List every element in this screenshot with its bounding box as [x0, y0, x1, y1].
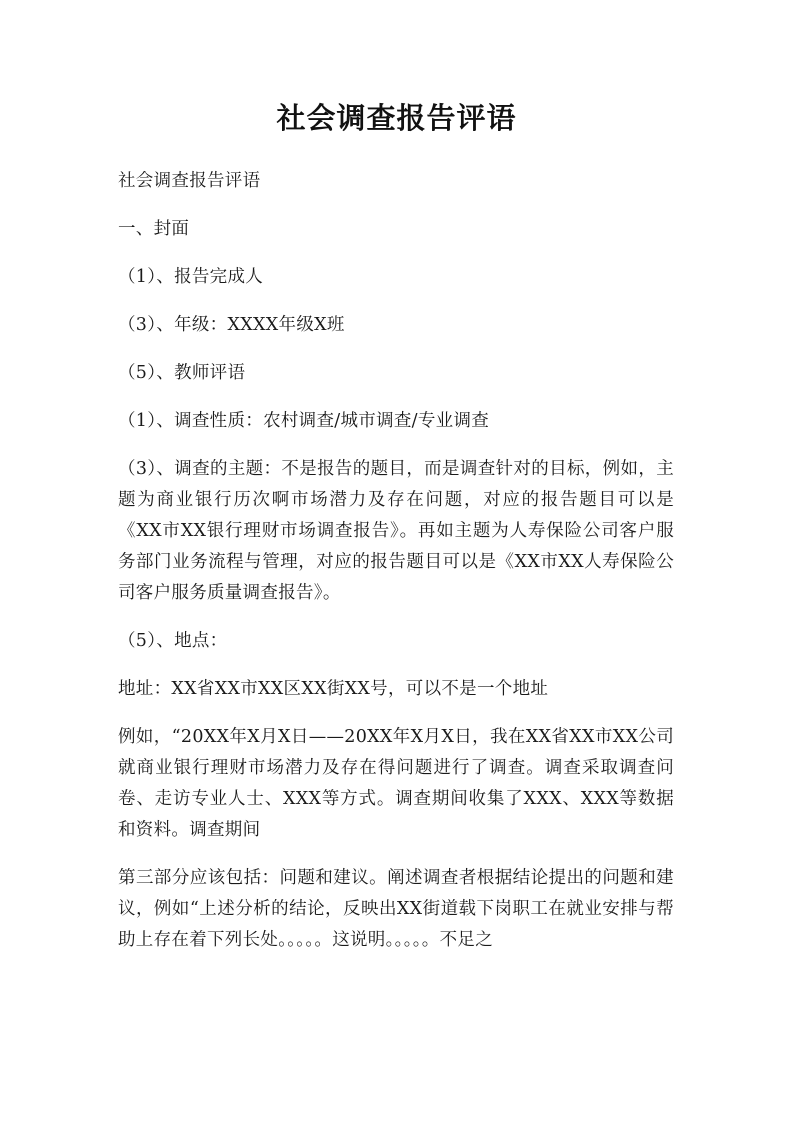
- paragraph-survey-theme: （3）、调查的主题：不是报告的题目，而是调查针对的目标，例如，主题为商业银行历次…: [118, 454, 674, 609]
- paragraph-subtitle: 社会调查报告评语: [118, 166, 674, 197]
- document-body: 社会调查报告评语 一、封面 （1）、报告完成人 （3）、年级：XXXX年级X班 …: [118, 166, 674, 973]
- document-title: 社会调查报告评语: [0, 96, 793, 137]
- paragraph-example: 例如，“20XX年X月X日——20XX年X月X日，我在XX省XX市XX公司就商业…: [118, 722, 674, 846]
- paragraph-location: （5）、地点：: [118, 626, 674, 657]
- paragraph-part-three: 第三部分应该包括：问题和建议。阐述调查者根据结论提出的问题和建议，例如“上述分析…: [118, 863, 674, 956]
- paragraph-teacher-comment: （5）、教师评语: [118, 358, 674, 389]
- paragraph-grade: （3）、年级：XXXX年级X班: [118, 310, 674, 341]
- paragraph-report-author: （1）、报告完成人: [118, 262, 674, 293]
- paragraph-address: 地址：XX省XX市XX区XX街XX号，可以不是一个地址: [118, 674, 674, 705]
- document-page: 社会调查报告评语 社会调查报告评语 一、封面 （1）、报告完成人 （3）、年级：…: [0, 0, 793, 1122]
- paragraph-survey-nature: （1）、调查性质：农村调查/城市调查/专业调查: [118, 406, 674, 437]
- paragraph-section-cover: 一、封面: [118, 214, 674, 245]
